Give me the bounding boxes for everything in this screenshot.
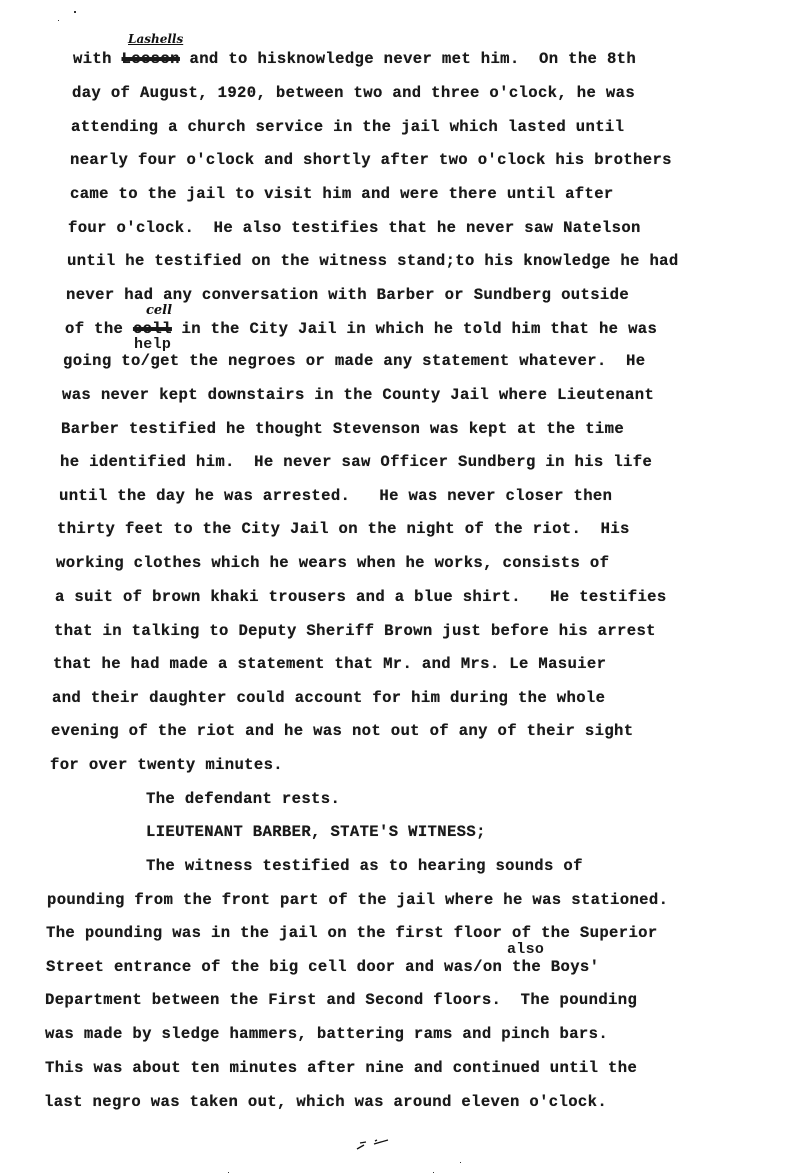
- line-suffix: in the City Jail in which he told him th…: [172, 320, 657, 338]
- text-line-22: for over twenty minutes.: [50, 756, 283, 774]
- text-line-5: came to the jail to visit him and were t…: [70, 185, 614, 203]
- text-line-2: day of August, 1920, between two and thr…: [72, 84, 635, 102]
- text-line-32: last negro was taken out, which was arou…: [44, 1093, 607, 1111]
- paper-speck: [433, 1172, 434, 1173]
- text-line-4: nearly four o'clock and shortly after tw…: [70, 151, 672, 169]
- text-line-20: and their daughter could account for him…: [52, 689, 605, 707]
- text-line-15: thirty feet to the City Jail on the nigh…: [57, 520, 630, 538]
- text-line-27: The pounding was in the jail on the firs…: [46, 924, 658, 942]
- text-line-29: Department between the First and Second …: [45, 991, 637, 1009]
- handwritten-insert-cell: cell: [146, 303, 172, 318]
- paper-speck: [228, 1172, 229, 1173]
- paper-speck: [460, 1162, 461, 1163]
- text-line-26: pounding from the front part of the jail…: [47, 891, 668, 909]
- text-line-19: that he had made a statement that Mr. an…: [53, 655, 606, 673]
- text-line-28: Street entrance of the big cell door and…: [46, 958, 599, 976]
- text-line-31: This was about ten minutes after nine an…: [45, 1059, 637, 1077]
- paper-speck: [58, 20, 59, 21]
- text-line-14: until the day he was arrested. He was ne…: [59, 487, 612, 505]
- text-line-3: attending a church service in the jail w…: [71, 118, 624, 136]
- interlinear-insert-help: help: [134, 336, 171, 353]
- document-page: Lashells with Leeson and to hisknowledge…: [0, 0, 800, 1176]
- text-line-7: until he testified on the witness stand;…: [67, 252, 679, 270]
- text-line-8: never had any conversation with Barber o…: [66, 286, 629, 304]
- line-suffix: and to hisknowledge never met him. On th…: [180, 50, 636, 68]
- text-line-16: working clothes which he wears when he w…: [56, 554, 609, 572]
- page-number-mark: [355, 1137, 395, 1151]
- text-line-12: Barber testified he thought Stevenson wa…: [61, 420, 624, 438]
- text-line-18: that in talking to Deputy Sheriff Brown …: [54, 622, 656, 640]
- text-line-30: was made by sledge hammers, battering ra…: [45, 1025, 608, 1043]
- interlinear-insert-also: also: [507, 941, 544, 958]
- text-line-21: evening of the riot and he was not out o…: [51, 722, 633, 740]
- line-prefix: of the: [65, 320, 133, 338]
- text-line-1: with Leeson and to hisknowledge never me…: [73, 50, 636, 68]
- text-line-11: was never kept downstairs in the County …: [62, 386, 654, 404]
- struck-out-word: Leeson: [122, 50, 180, 68]
- text-line-10: going to/get the negroes or made any sta…: [63, 352, 645, 370]
- text-line-25: The witness testified as to hearing soun…: [146, 857, 583, 875]
- witness-heading: LIEUTENANT BARBER, STATE'S WITNESS;: [146, 823, 486, 841]
- line-prefix: with: [73, 50, 122, 68]
- paper-speck: [74, 11, 76, 13]
- defendant-rests-line: The defendant rests.: [146, 790, 340, 808]
- text-line-6: four o'clock. He also testifies that he …: [68, 219, 641, 237]
- text-line-17: a suit of brown khaki trousers and a blu…: [55, 588, 667, 606]
- handwritten-insert-name: Lashells: [128, 32, 183, 46]
- text-line-13: he identified him. He never saw Officer …: [60, 453, 652, 471]
